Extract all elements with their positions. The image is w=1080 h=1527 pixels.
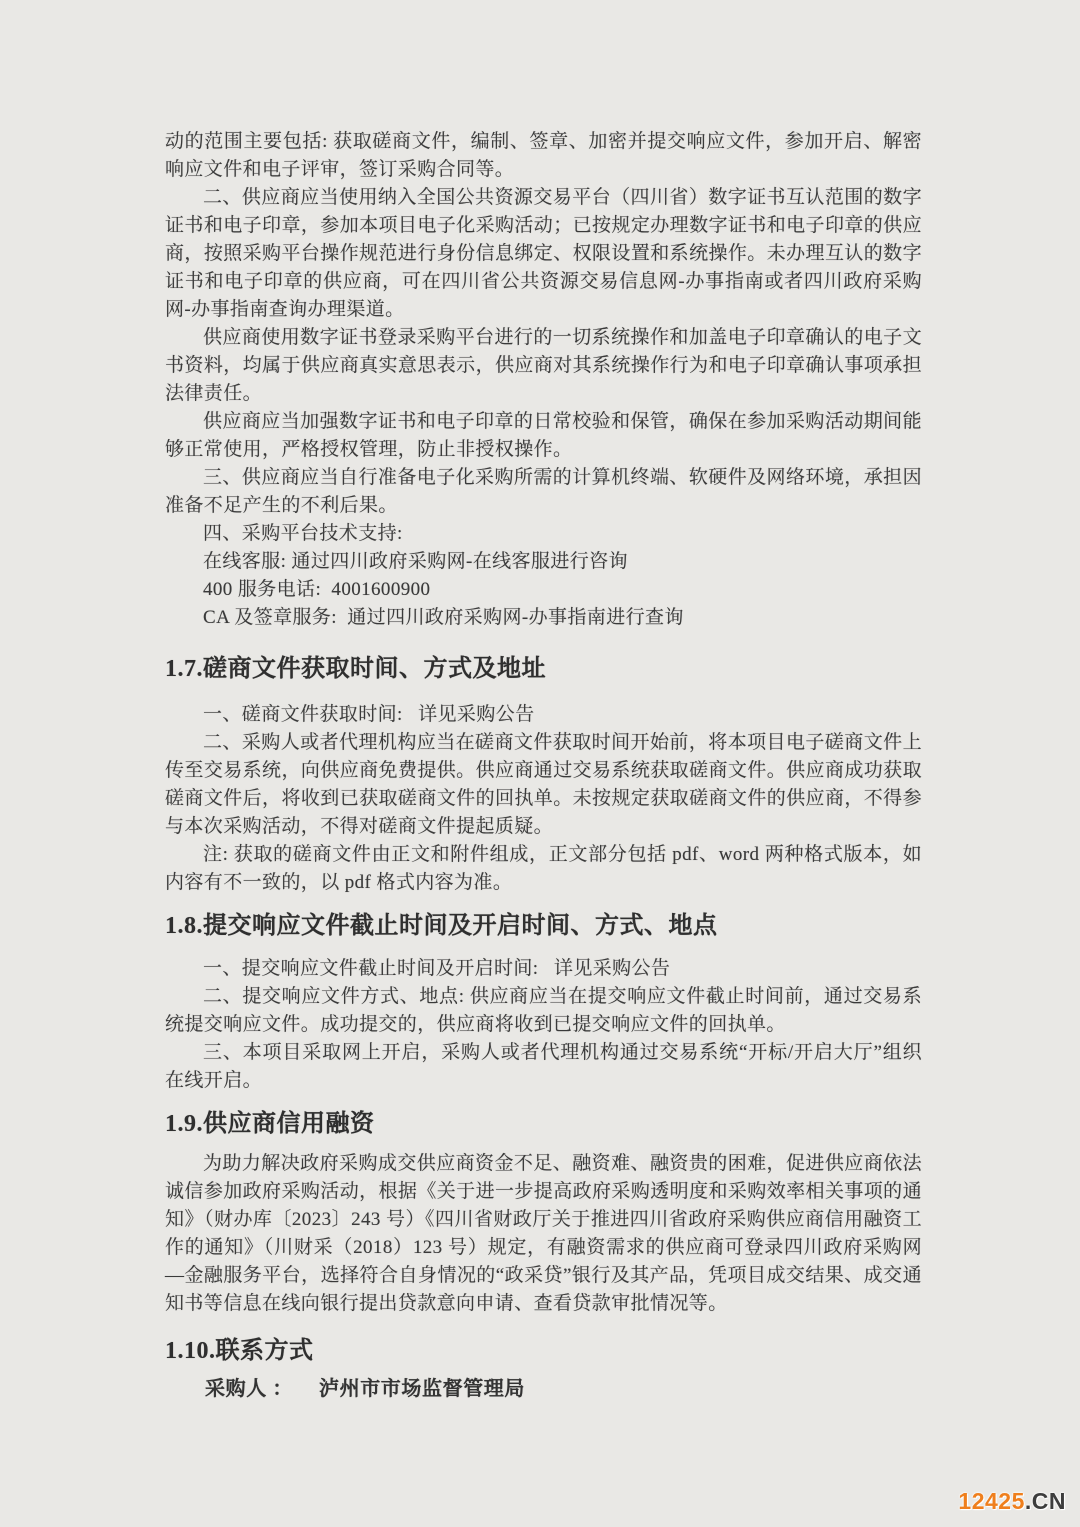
watermark-site-tld: .CN	[1025, 1488, 1066, 1514]
section-1-8-paragraph-1: 一、提交响应文件截止时间及开启时间: 详见采购公告	[165, 955, 922, 983]
watermark-site-number: 12425	[958, 1488, 1024, 1514]
body-paragraph-item-4: 四、采购平台技术支持:	[165, 520, 922, 548]
section-1-7-paragraph-note: 注: 获取的磋商文件由正文和附件组成，正文部分包括 pdf、word 两种格式版…	[165, 841, 922, 897]
purchaser-value: 泸州市市场监督管理局	[319, 1378, 525, 1400]
body-paragraph-digital-cert-statement: 供应商使用数字证书登录采购平台进行的一切系统操作和加盖电子印章确认的电子文书资料…	[165, 324, 922, 408]
watermark-12425cn: 12425.CN	[958, 1488, 1066, 1515]
document-content: 动的范围主要包括: 获取磋商文件，编制、签章、加密并提交响应文件，参加开启、解密…	[165, 128, 922, 1403]
body-paragraph-service-phone: 400 服务电话: 4001600900	[165, 576, 922, 604]
purchaser-contact-line: 采购人 ：泸州市市场监督管理局	[165, 1375, 922, 1403]
section-heading-1-7: 1.7.磋商文件获取时间、方式及地址	[165, 651, 922, 688]
section-heading-1-9: 1.9.供应商信用融资	[165, 1106, 922, 1143]
section-1-9-paragraph-1: 为助力解决政府采购成交供应商资金不足、融资难、融资贵的困难，促进供应商依法诚信参…	[165, 1150, 922, 1318]
body-paragraph-item-3: 三、供应商应当自行准备电子化采购所需的计算机终端、软硬件及网络环境，承担因准备不…	[165, 464, 922, 520]
section-heading-1-10: 1.10.联系方式	[165, 1333, 922, 1370]
section-1-8-paragraph-2: 二、提交响应文件方式、地点: 供应商应当在提交响应文件截止时间前，通过交易系统提…	[165, 983, 922, 1039]
purchaser-label: 采购人 ：	[205, 1378, 293, 1400]
body-paragraph-cert-safekeeping: 供应商应当加强数字证书和电子印章的日常校验和保管，确保在参加采购活动期间能够正常…	[165, 408, 922, 464]
document-page: 动的范围主要包括: 获取磋商文件，编制、签章、加密并提交响应文件，参加开启、解密…	[0, 0, 1080, 1527]
section-heading-1-8: 1.8.提交响应文件截止时间及开启时间、方式、地点	[165, 908, 922, 945]
section-1-7-paragraph-2: 二、采购人或者代理机构应当在磋商文件获取时间开始前，将本项目电子磋商文件上传至交…	[165, 729, 922, 841]
body-paragraph-online-service: 在线客服: 通过四川政府采购网-在线客服进行咨询	[165, 548, 922, 576]
body-paragraph-continuation: 动的范围主要包括: 获取磋商文件，编制、签章、加密并提交响应文件，参加开启、解密…	[165, 128, 922, 184]
section-1-7-paragraph-1: 一、磋商文件获取时间: 详见采购公告	[165, 701, 922, 729]
section-1-8-paragraph-3: 三、本项目采取网上开启，采购人或者代理机构通过交易系统“开标/开启大厅”组织在线…	[165, 1039, 922, 1095]
body-paragraph-ca-service: CA 及签章服务: 通过四川政府采购网-办事指南进行查询	[165, 604, 922, 632]
body-paragraph-item-2: 二、供应商应当使用纳入全国公共资源交易平台（四川省）数字证书互认范围的数字证书和…	[165, 184, 922, 324]
